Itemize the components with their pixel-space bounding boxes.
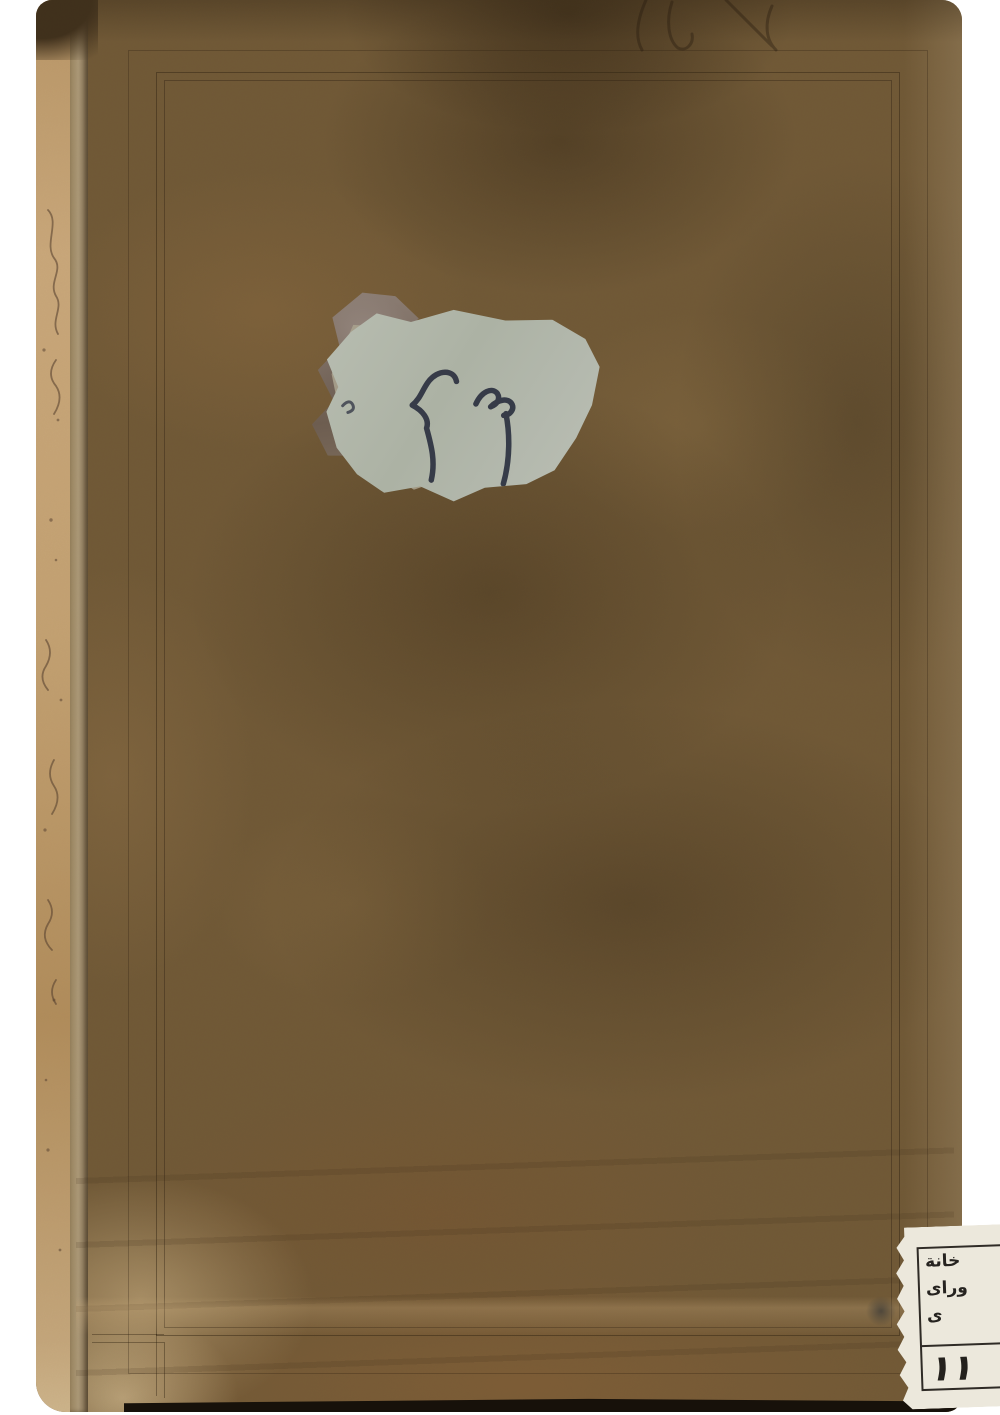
- fore-edge-script: [36, 0, 70, 1412]
- library-sticker-frame: خانة ورای ی ۱۱: [917, 1243, 1000, 1391]
- scan-background: ۲۳ خانة ورای ی ۱۱: [0, 0, 1000, 1415]
- library-sticker: خانة ورای ی ۱۱: [890, 1224, 1000, 1410]
- page-fore-edge: [36, 0, 70, 1412]
- library-sticker-number: ۱۱: [926, 1347, 979, 1390]
- library-sticker-line-2: ورای: [920, 1272, 1000, 1303]
- library-sticker-divider: [922, 1341, 1000, 1347]
- dark-top-edge: [36, 0, 962, 42]
- top-ink-inscription: [576, 0, 816, 56]
- worn-bottom-streaks: [76, 1120, 954, 1396]
- dark-smudge: [866, 1296, 896, 1326]
- library-sticker-line-1: خانة: [919, 1245, 1000, 1276]
- top-left-corner-wrap: [36, 0, 98, 60]
- library-sticker-line-3: ی: [920, 1299, 1000, 1330]
- book-cover: ۲۳: [36, 0, 962, 1412]
